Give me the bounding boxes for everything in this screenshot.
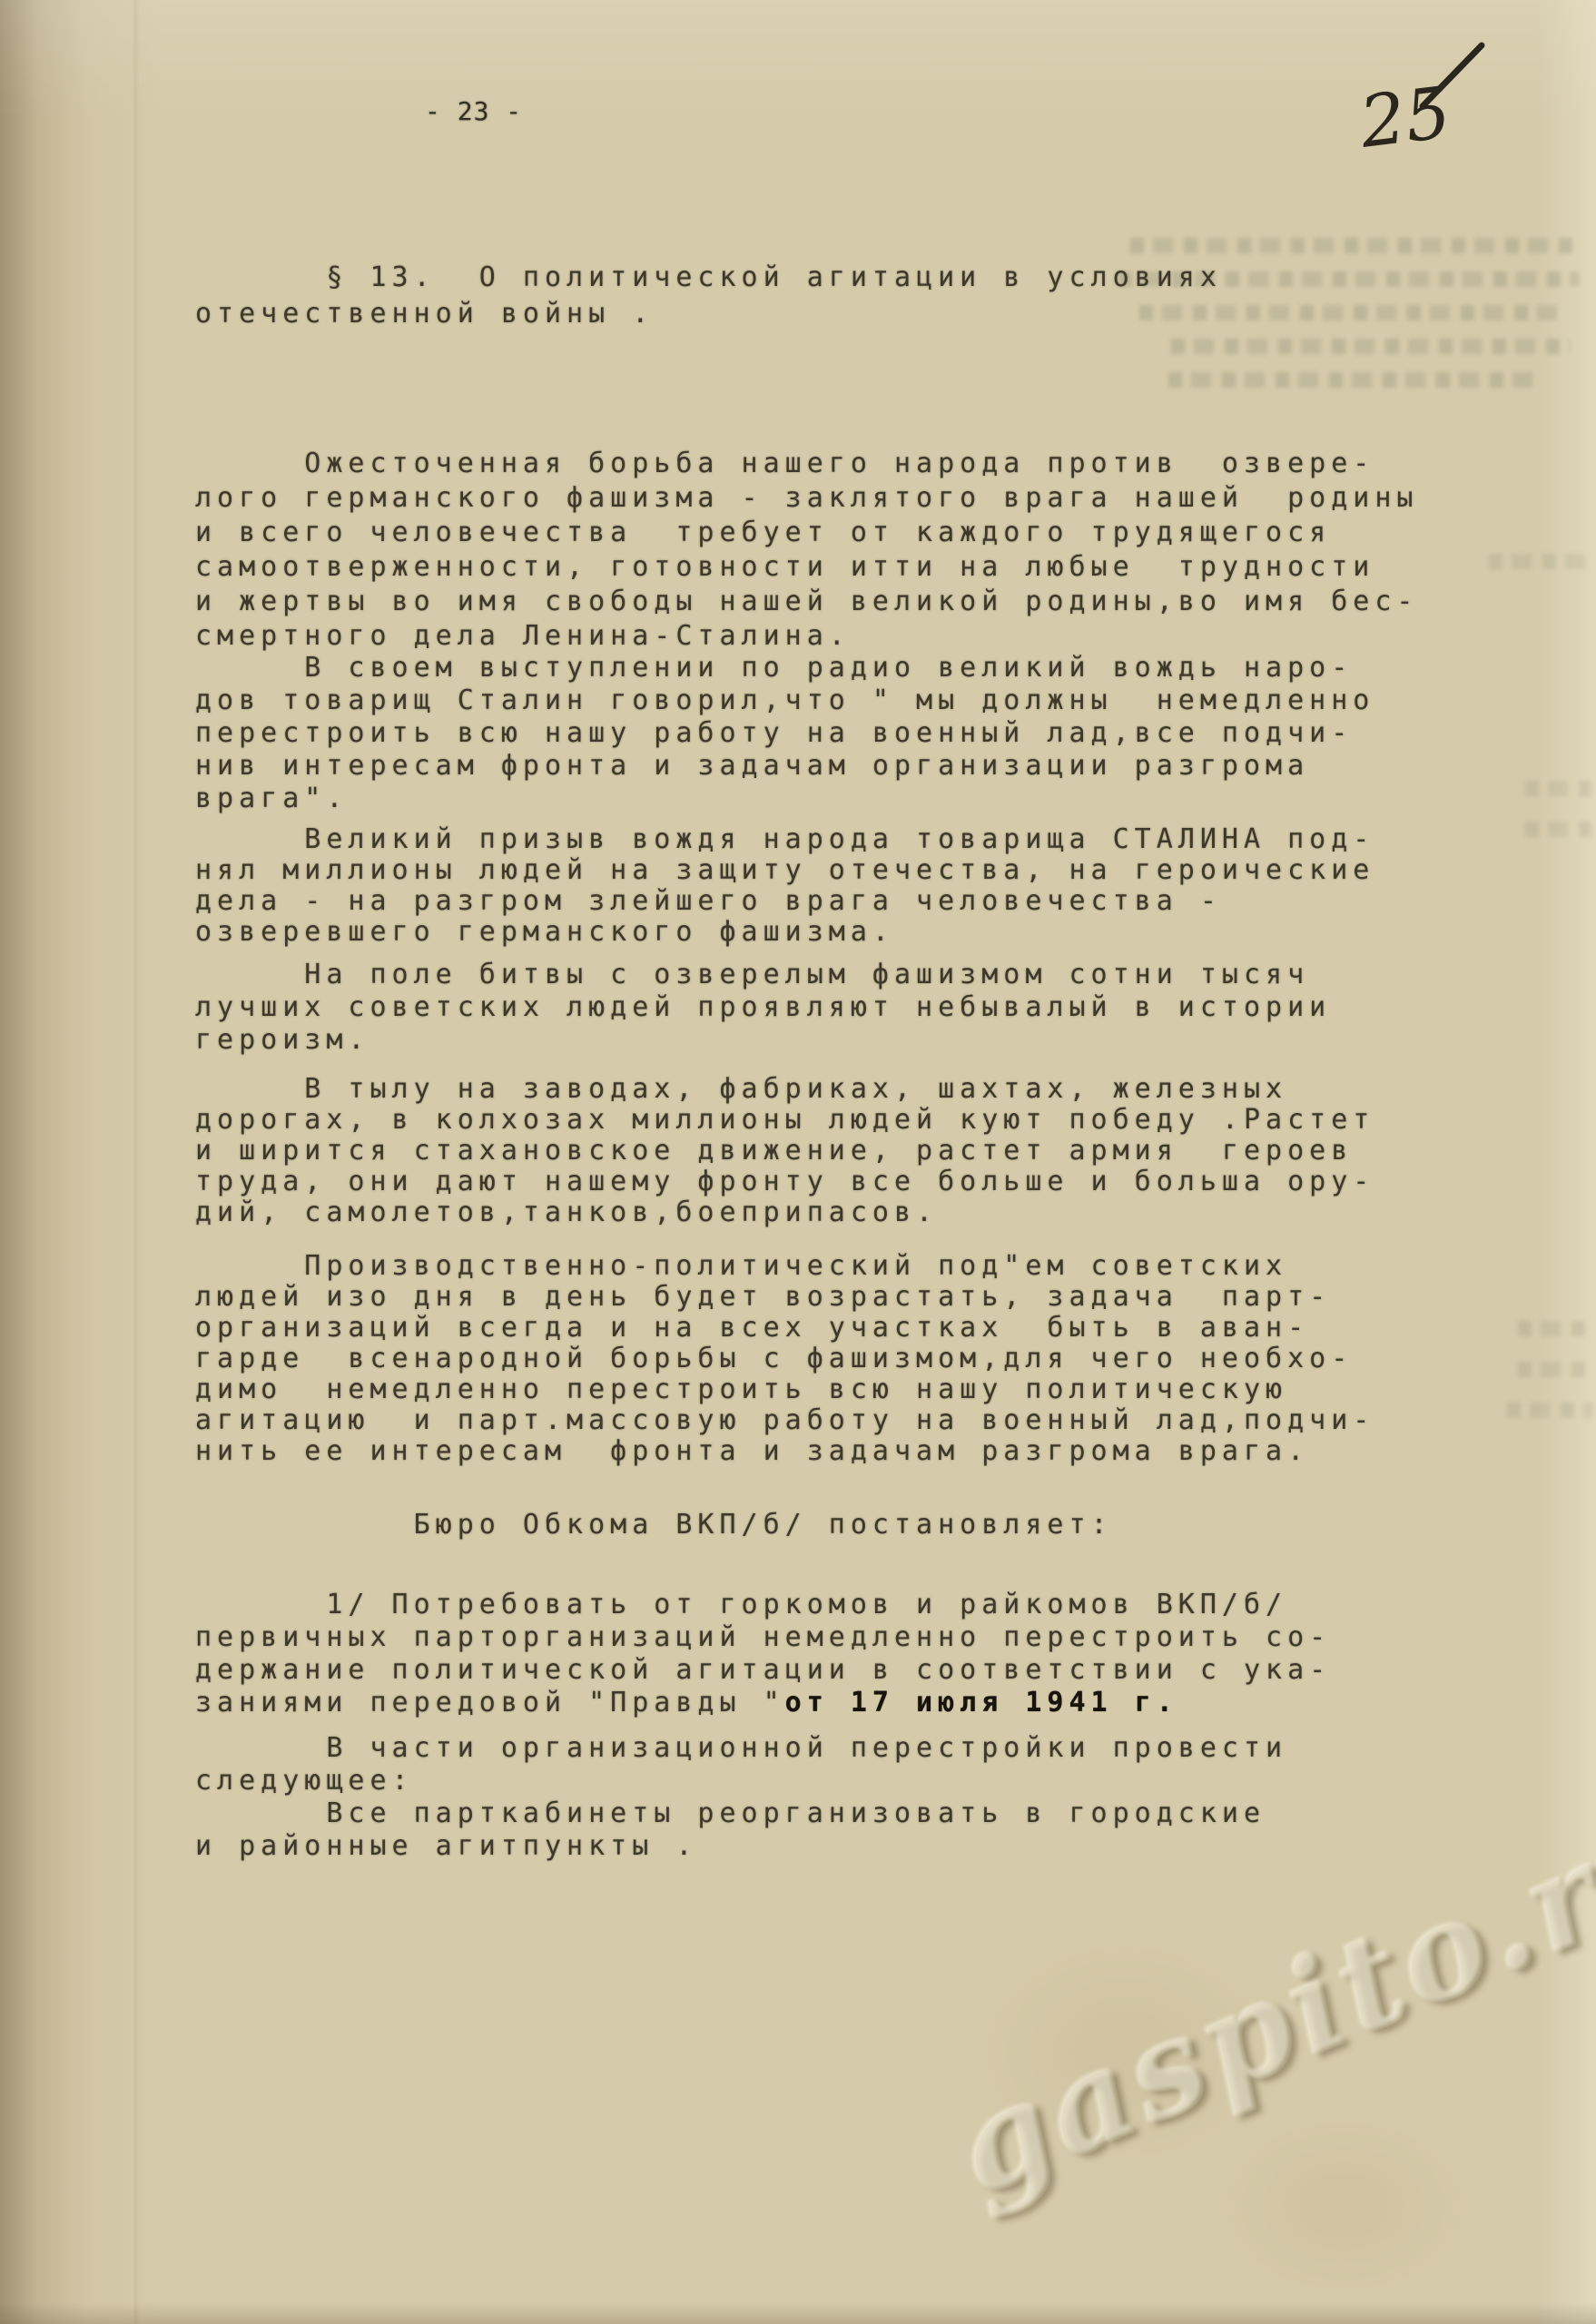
typewritten-line: героизм. xyxy=(195,1024,1331,1057)
typewritten-line: дов товарищ Сталин говорил,что " мы долж… xyxy=(195,684,1374,717)
resolution-item-1-last-line: заниями передовой "Правды "от 17 июля 19… xyxy=(195,1687,1178,1719)
typewritten-line: нить ее интересам фронта и задачам разгр… xyxy=(195,1436,1374,1467)
typewritten-line: труда, они дают нашему фронту все больше… xyxy=(195,1167,1374,1197)
paragraph-6: Производственно-политический под"ем сове… xyxy=(195,1251,1374,1467)
item1-tail-bold-date: от 17 июля 1941 г. xyxy=(785,1687,1178,1718)
bleed-through-text xyxy=(1518,1321,1592,1336)
pen-marks: 25 xyxy=(1325,36,1534,172)
typewritten-line: первичных парторганизаций немедленно пер… xyxy=(195,1621,1331,1654)
typewritten-line: нял миллионы людей на защиту отечества, … xyxy=(195,855,1374,886)
paragraph-2: В своем выступлении по радио великий вож… xyxy=(195,652,1374,815)
typewritten-line: гарде всенародной борьбы с фашизмом,для … xyxy=(195,1344,1374,1374)
bleed-through-text xyxy=(1525,781,1591,796)
typewritten-line: В тылу на заводах, фабриках, шахтах, жел… xyxy=(195,1074,1374,1105)
bleed-through-text xyxy=(1518,1362,1592,1377)
typewritten-line: следующее: xyxy=(195,1765,1287,1797)
page-number: - 23 - xyxy=(425,96,522,126)
document-page: - 23 - 25 § 13. О политической агитации … xyxy=(0,0,1596,2324)
typewritten-line: самоотверженности, готовности итти на лю… xyxy=(195,550,1418,585)
typewritten-line: и всего человечества требует от каждого … xyxy=(195,516,1418,550)
typewritten-line: Великий призыв вождя народа товарища СТА… xyxy=(195,824,1374,855)
handwritten-number-text: 25 xyxy=(1355,72,1454,164)
typewritten-line: 1/ Потребовать от горкомов и райкомов ВК… xyxy=(195,1589,1331,1621)
bleed-through-text xyxy=(1507,1403,1592,1418)
bleed-through-text xyxy=(1168,372,1542,388)
typewritten-line: Ожесточенная борьба нашего народа против… xyxy=(195,447,1418,481)
typewritten-line: организаций всегда и на всех участках бы… xyxy=(195,1313,1374,1344)
paragraph-3: Великий призыв вождя народа товарища СТА… xyxy=(195,824,1374,948)
item1-tail-normal: заниями передовой "Правды " xyxy=(195,1687,785,1718)
bleed-through-text xyxy=(1489,554,1589,569)
paragraph-1: Ожесточенная борьба нашего народа против… xyxy=(195,447,1418,654)
bleed-through-text xyxy=(1130,238,1580,253)
typewritten-line: Все парткабинеты реорганизовать в городс… xyxy=(195,1797,1287,1830)
typewritten-line: Производственно-политический под"ем сове… xyxy=(195,1251,1374,1282)
typewritten-line: дорогах, в колхозах миллионы людей куют … xyxy=(195,1105,1374,1136)
typewritten-line: держание политической агитации в соответ… xyxy=(195,1654,1331,1687)
typewritten-line: лого германского фашизма - заклятого вра… xyxy=(195,481,1418,516)
section-heading: § 13. О политической агитации в условиях… xyxy=(195,260,1222,332)
typewritten-line: и районные агитпункты . xyxy=(195,1830,1287,1863)
typewritten-line: дела - на разгром злейшего врага человеч… xyxy=(195,886,1374,917)
handwritten-page-number: 25 xyxy=(1325,36,1534,172)
typewritten-line: В своем выступлении по радио великий вож… xyxy=(195,652,1374,684)
typewritten-line: и ширится стахановское движение, растет … xyxy=(195,1136,1374,1167)
typewritten-line: На поле битвы с озверелым фашизмом сотни… xyxy=(195,959,1331,991)
paragraph-5: В тылу на заводах, фабриках, шахтах, жел… xyxy=(195,1074,1374,1228)
typewritten-line: агитацию и парт.массовую работу на военн… xyxy=(195,1405,1374,1436)
resolution-item-1: 1/ Потребовать от горкомов и райкомов ВК… xyxy=(195,1589,1331,1687)
typewritten-line: озверевшего германского фашизма. xyxy=(195,917,1374,948)
typewritten-line: врага". xyxy=(195,783,1374,815)
resolution-item-2: В части организационной перестройки пров… xyxy=(195,1732,1287,1863)
typewritten-line: людей изо дня в день будет возрастать, з… xyxy=(195,1282,1374,1313)
bleed-through-text xyxy=(1171,339,1571,354)
resolution-intro: Бюро Обкома ВКП/б/ постановляет: xyxy=(195,1507,1113,1543)
paragraph-4: На поле битвы с озверелым фашизмом сотни… xyxy=(195,959,1331,1057)
typewritten-line: димо немедленно перестроить всю нашу пол… xyxy=(195,1374,1374,1405)
typewritten-line: перестроить всю нашу работу на военный л… xyxy=(195,717,1374,750)
typewritten-line: смертного дела Ленина-Сталина. xyxy=(195,619,1418,654)
typewritten-line: лучших советских людей проявляют небывал… xyxy=(195,991,1331,1024)
typewritten-line: и жертвы во имя свободы нашей великой ро… xyxy=(195,585,1418,619)
typewritten-line: отечественной войны . xyxy=(195,296,1222,332)
typewritten-line: нив интересам фронта и задачам организац… xyxy=(195,750,1374,783)
bleed-through-text xyxy=(1525,822,1591,837)
typewritten-line: § 13. О политической агитации в условиях xyxy=(195,260,1222,296)
typewritten-line: В части организационной перестройки пров… xyxy=(195,1732,1287,1765)
typewritten-line: дий, самолетов,танков,боеприпасов. xyxy=(195,1197,1374,1228)
